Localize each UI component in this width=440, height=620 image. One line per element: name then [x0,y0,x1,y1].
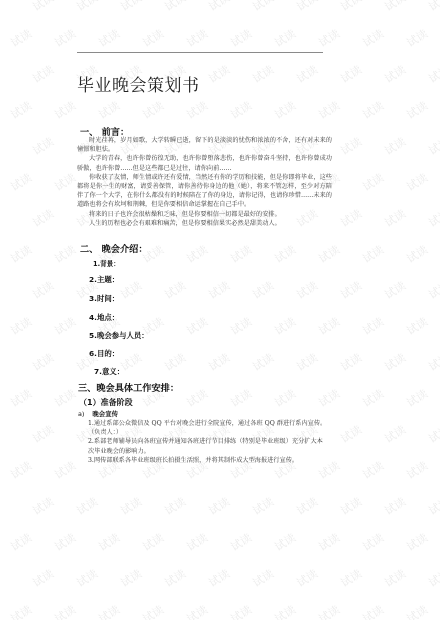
task-item: 3.网传部联系各毕业班级班长拍摄生活照，并将其制作成大型海报进行宣传。 [88,456,328,465]
preface-body: 时光荏苒，岁月如歌，大学转瞬已逝，留下的是淡淡的忧伤和浓浓的不舍，还有对未来的憧… [77,136,332,228]
preface-paragraph: 你收获了友情，师生情或许还有爱情，当然还有你的学历和技能，但是你即将毕业，这些都… [77,173,332,210]
preface-paragraph: 时光荏苒，岁月如歌，大学转瞬已逝，留下的是淡淡的忧伤和浓浓的不舍，还有对未来的憧… [77,136,332,154]
intro-item-background: 1.背景： [93,258,120,268]
section-heading-arrangement: 三、晚会具体工作安排： [78,380,179,394]
document-title: 毕业晚会策划书 [77,71,200,96]
intro-item-location: 4.地点： [89,312,119,323]
subsection-publicity: a)晚会宣传 [78,409,118,418]
intro-item-time: 3.时间： [89,293,119,304]
task-item: 1.通过系部公众微信及 QQ 平台对晚会进行全院宣传，通过各班 QQ 群进行系内… [88,419,328,437]
preface-paragraph: 大学的青春，也许你曾彷徨无助，也许你曾堕落悲伤，也许你曾奋斗坚持，也许你曾成功骄… [77,154,332,172]
subsection-marker: a) [78,410,84,418]
document-page: 毕业晚会策划书 一、 前言： 时光荏苒，岁月如歌，大学转瞬已逝，留下的是淡淡的忧… [0,0,440,620]
task-item: 2.系部老师辅导员向各班宣传并通知各班进行节目排练（特别是毕业班级）充分扩大本次… [88,437,328,455]
intro-item-theme: 2.主题： [89,274,119,285]
stage-heading-preparation: （1）准备阶段 [79,397,133,408]
section-heading-intro: 二、 晚会介绍： [80,241,148,255]
preface-paragraph: 将来的日子也许会很枯燥和乏味，但是你要相信一切都是最好的安排。 [77,210,332,219]
intro-item-significance: 7.意义： [94,366,124,377]
publicity-task-list: 1.通过系部公众微信及 QQ 平台对晚会进行全院宣传，通过各班 QQ 群进行系内… [88,419,328,465]
intro-item-participants: 5.晚会参与人员： [89,330,149,341]
subsection-label: 晚会宣传 [92,410,118,418]
preface-paragraph: 人生的历程也必会有艰难和痛苦，但是你要相信果实必然是甜美动人。 [77,219,332,228]
header-rule [77,52,323,53]
intro-item-purpose: 6.目的： [89,348,119,359]
